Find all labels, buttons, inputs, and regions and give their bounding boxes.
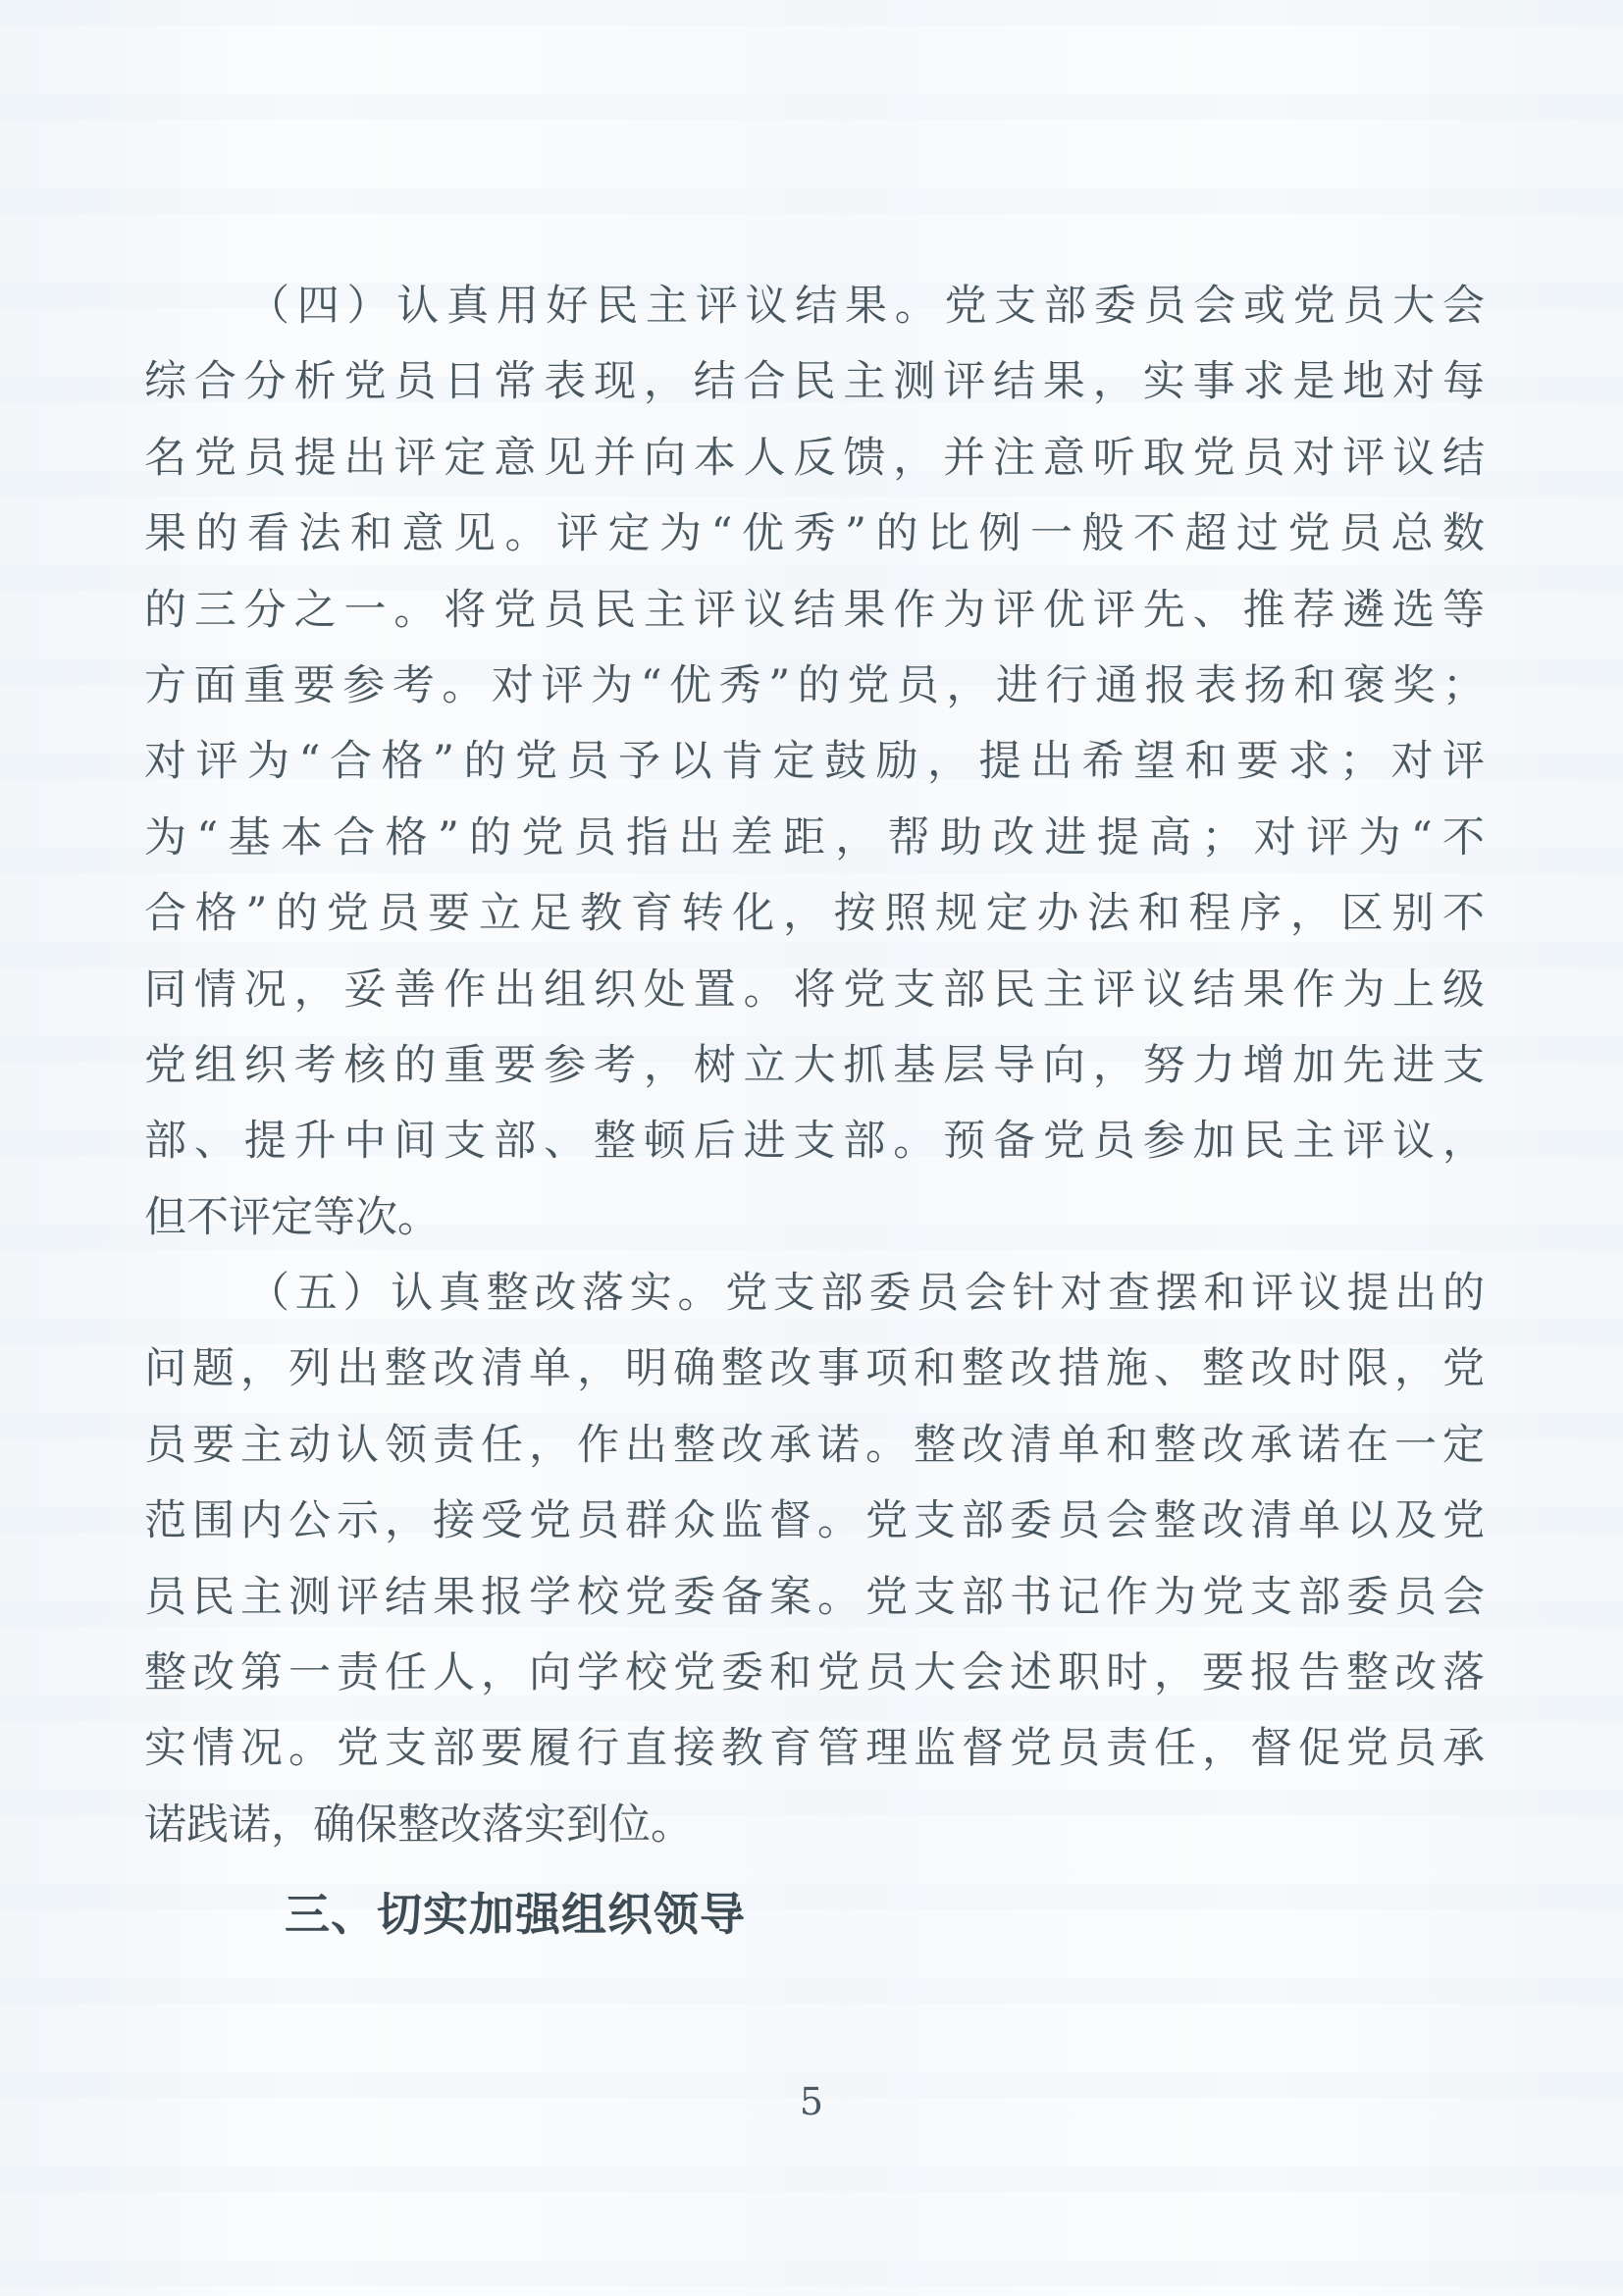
- text-line: 的三分之一。将党员民主评议结果作为评优评先、推荐遴选等: [144, 573, 1485, 649]
- text-line: 员要主动认领责任，作出整改承诺。整改清单和整改承诺在一定: [144, 1408, 1485, 1484]
- text-line: 为“基本合格”的党员指出差距，帮助改进提高；对评为“不: [144, 801, 1485, 876]
- text-line: 诺践诺，确保整改落实到位。: [144, 1788, 1485, 1863]
- text-line: 党组织考核的重要参考，树立大抓基层导向，努力增加先进支: [144, 1028, 1485, 1104]
- text-line: （五）认真整改落实。党支部委员会针对查摆和评议提出的: [144, 1256, 1485, 1331]
- text-line: 同情况，妥善作出组织处置。将党支部民主评议结果作为上级: [144, 953, 1485, 1028]
- text-line: 方面重要参考。对评为“优秀”的党员，进行通报表扬和褒奖；: [144, 649, 1485, 724]
- text-line: 名党员提出评定意见并向本人反馈，并注意听取党员对评议结: [144, 421, 1485, 496]
- text-line: 范围内公示，接受党员群众监督。党支部委员会整改清单以及党: [144, 1484, 1485, 1559]
- text-line: 合格”的党员要立足教育转化，按照规定办法和程序，区别不: [144, 876, 1485, 952]
- text-line: 实情况。党支部要履行直接教育管理监督党员责任，督促党员承: [144, 1711, 1485, 1787]
- text-line: 对评为“合格”的党员予以肯定鼓励，提出希望和要求；对评: [144, 724, 1485, 800]
- text-line: 但不评定等次。: [144, 1180, 1485, 1256]
- body-text: （四）认真用好民主评议结果。党支部委员会或党员大会 综合分析党员日常表现，结合民…: [144, 269, 1485, 1954]
- text-line: 综合分析党员日常表现，结合民主测评结果，实事求是地对每: [144, 344, 1485, 420]
- section-heading: 三、切实加强组织领导: [144, 1877, 1485, 1953]
- page-number: 5: [0, 2072, 1623, 2131]
- text-line: 果的看法和意见。评定为“优秀”的比例一般不超过党员总数: [144, 496, 1485, 572]
- text-line: 问题，列出整改清单，明确整改事项和整改措施、整改时限，党: [144, 1331, 1485, 1407]
- text-line: 整改第一责任人，向学校党委和党员大会述职时，要报告整改落: [144, 1636, 1485, 1711]
- text-line: 部、提升中间支部、整顿后进支部。预备党员参加民主评议，: [144, 1104, 1485, 1179]
- text-line: 员民主测评结果报学校党委备案。党支部书记作为党支部委员会: [144, 1560, 1485, 1636]
- text-line: （四）认真用好民主评议结果。党支部委员会或党员大会: [144, 269, 1485, 344]
